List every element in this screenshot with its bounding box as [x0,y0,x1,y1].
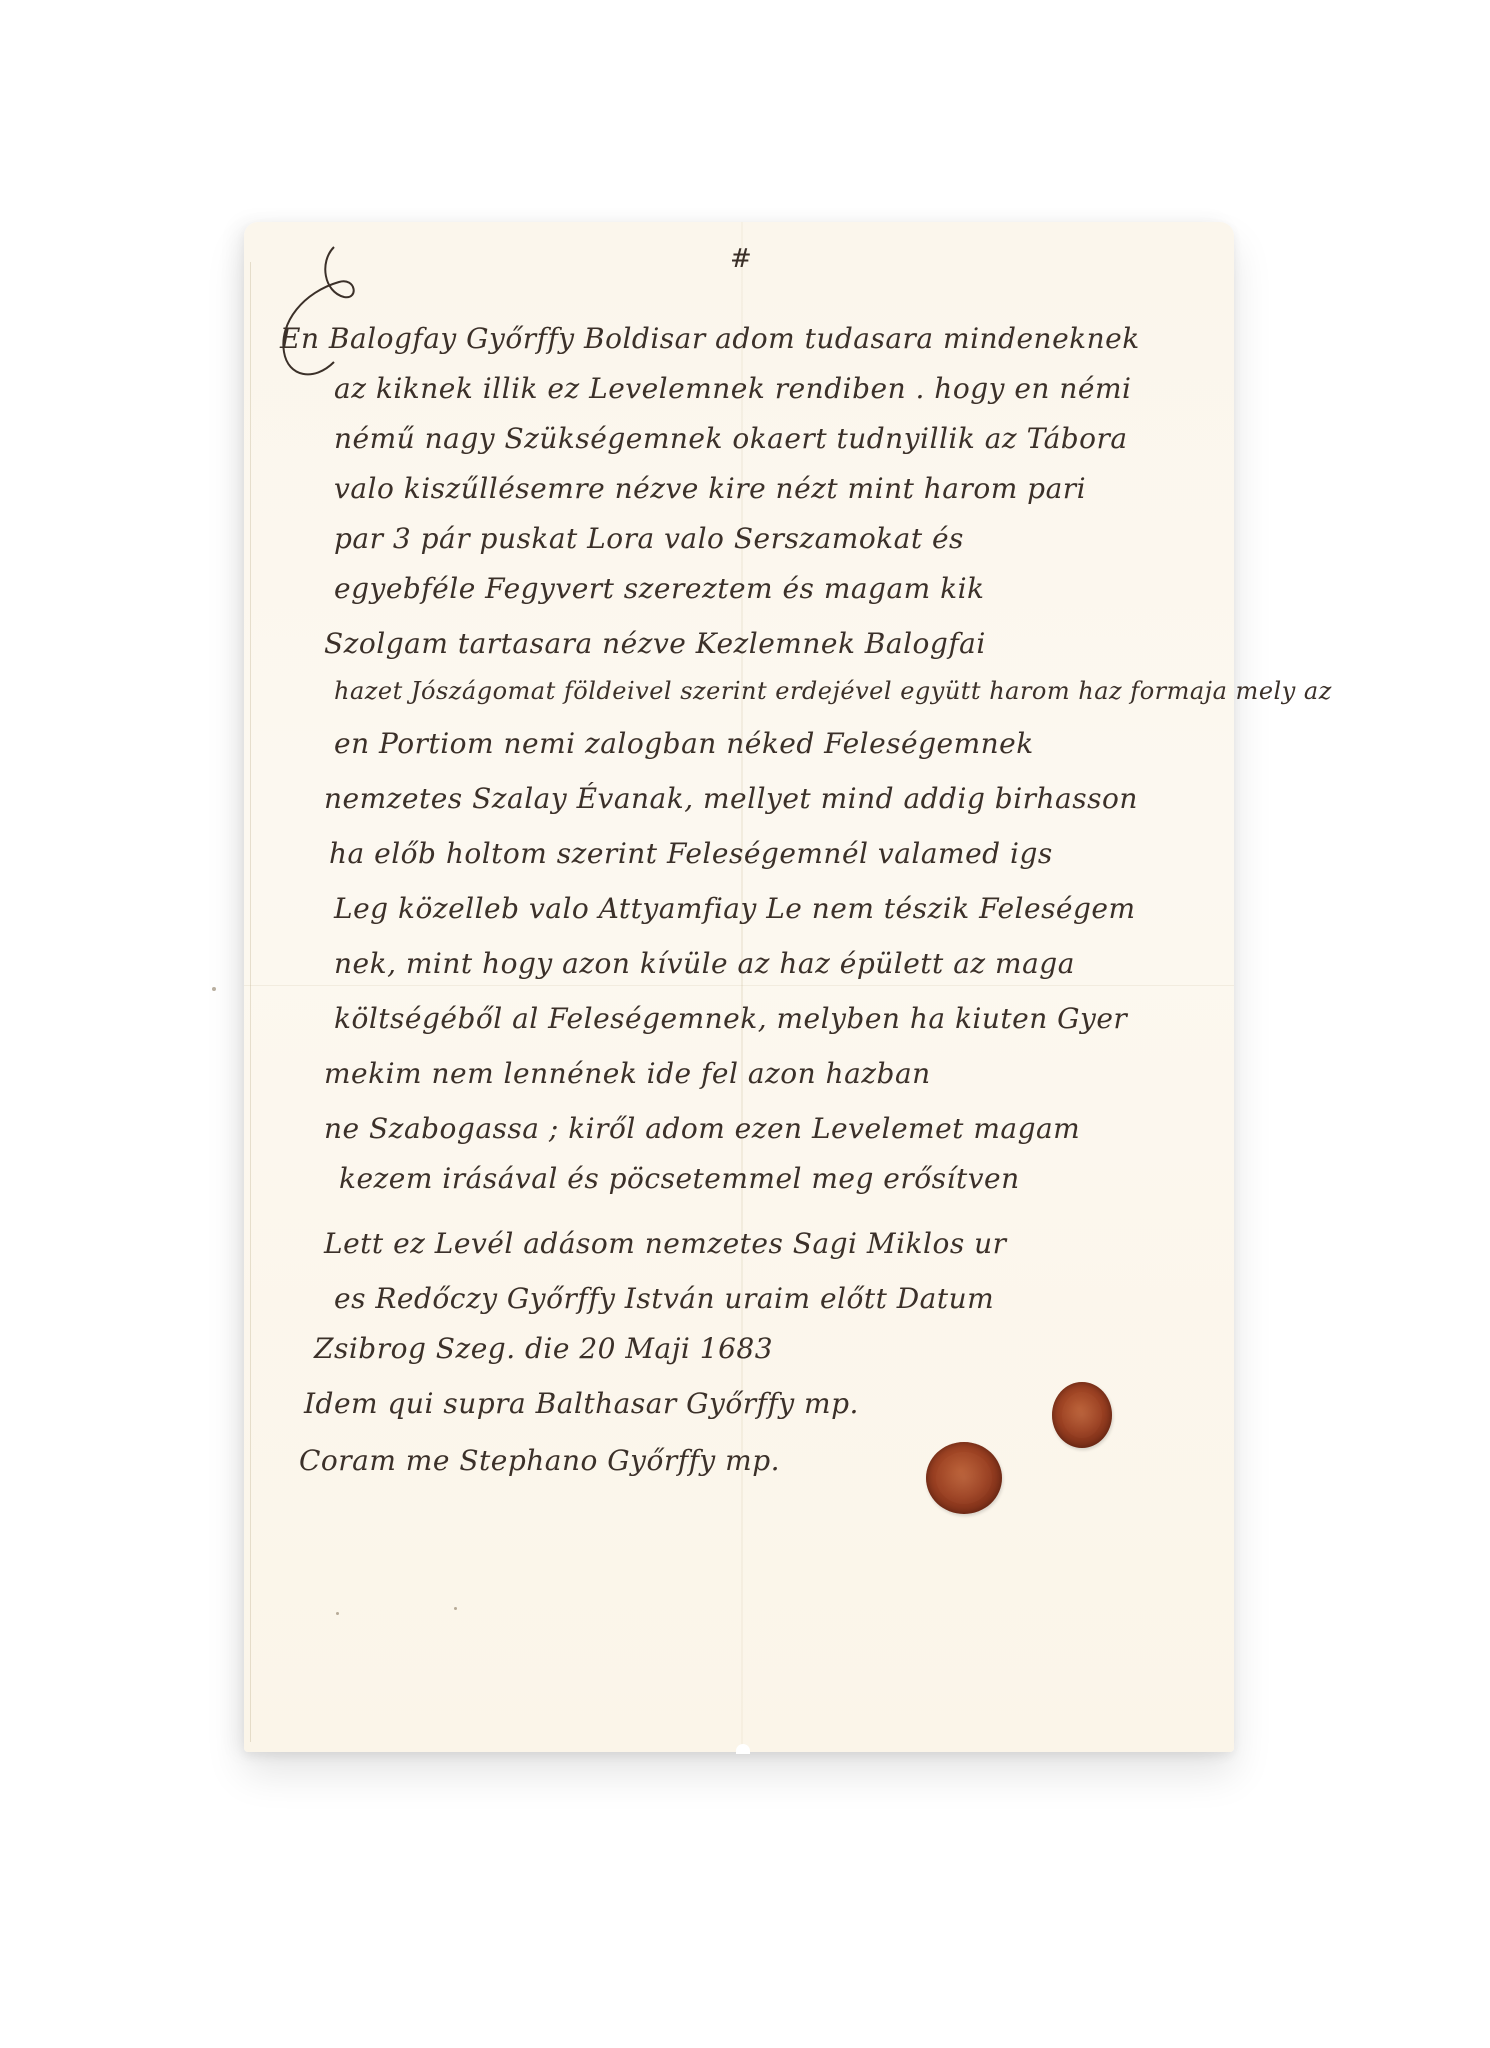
wax-seal-upper [1052,1382,1112,1448]
signature-line: Idem qui supra Balthasar Győrffy mp. [304,1387,859,1420]
wax-seal-lower [926,1442,1002,1514]
text-line: az kiknek illik ez Levelemnek rendiben .… [334,372,1131,405]
fold-notch [736,1744,750,1754]
text-line: valo kiszűllésemre nézve kire nézt mint … [334,472,1086,505]
text-line: egyebféle Fegyvert szereztem és magam ki… [334,572,985,605]
text-line: nek, mint hogy azon kívüle az haz épület… [334,947,1075,980]
text-line: nemzetes Szalay Évanak, mellyet mind add… [324,782,1138,815]
manuscript-sheet: # En Balogfay Győrffy Boldisar adom tuda… [244,222,1234,1752]
text-line: En Balogfay Győrffy Boldisar adom tudasa… [280,322,1140,355]
text-line: par 3 pár puskat Lora valo Serszamokat é… [334,522,964,555]
header-mark: # [730,244,752,274]
text-line: kezem irásával és pöcsetemmel meg erősít… [339,1162,1020,1195]
text-line: ha előb holtom szerint Feleségemnél vala… [329,837,1053,870]
text-line: Lett ez Levél adásom nemzetes Sagi Miklo… [324,1227,1007,1260]
paper-speck [454,1607,457,1610]
text-line: hazet Jószágomat földeivel szerint erdej… [334,677,1332,705]
text-line: es Redőczy Győrffy István uraim előtt Da… [334,1282,994,1315]
text-line: Leg közelleb valo Attyamfiay Le nem tész… [334,892,1136,925]
initial-flourish-icon [264,242,384,392]
text-line: mekim nem lennének ide fel azon hazban [324,1057,931,1090]
paper-speck [336,1612,339,1615]
text-line: en Portiom nemi zalogban néked Feleségem… [334,727,1034,760]
text-line: költségéből al Feleségemnek, melyben ha … [334,1002,1127,1035]
paper-speck [212,987,216,991]
text-line: némű nagy Szükségemnek okaert tudnyillik… [334,422,1128,455]
date-line: Zsibrog Szeg. die 20 Maji 1683 [314,1332,773,1365]
paper-edge [250,262,251,1742]
text-line: Szolgam tartasara nézve Kezlemnek Balogf… [324,627,986,660]
text-line: ne Szabogassa ; kiről adom ezen Leveleme… [324,1112,1080,1145]
signature-line: Coram me Stephano Győrffy mp. [299,1444,780,1477]
